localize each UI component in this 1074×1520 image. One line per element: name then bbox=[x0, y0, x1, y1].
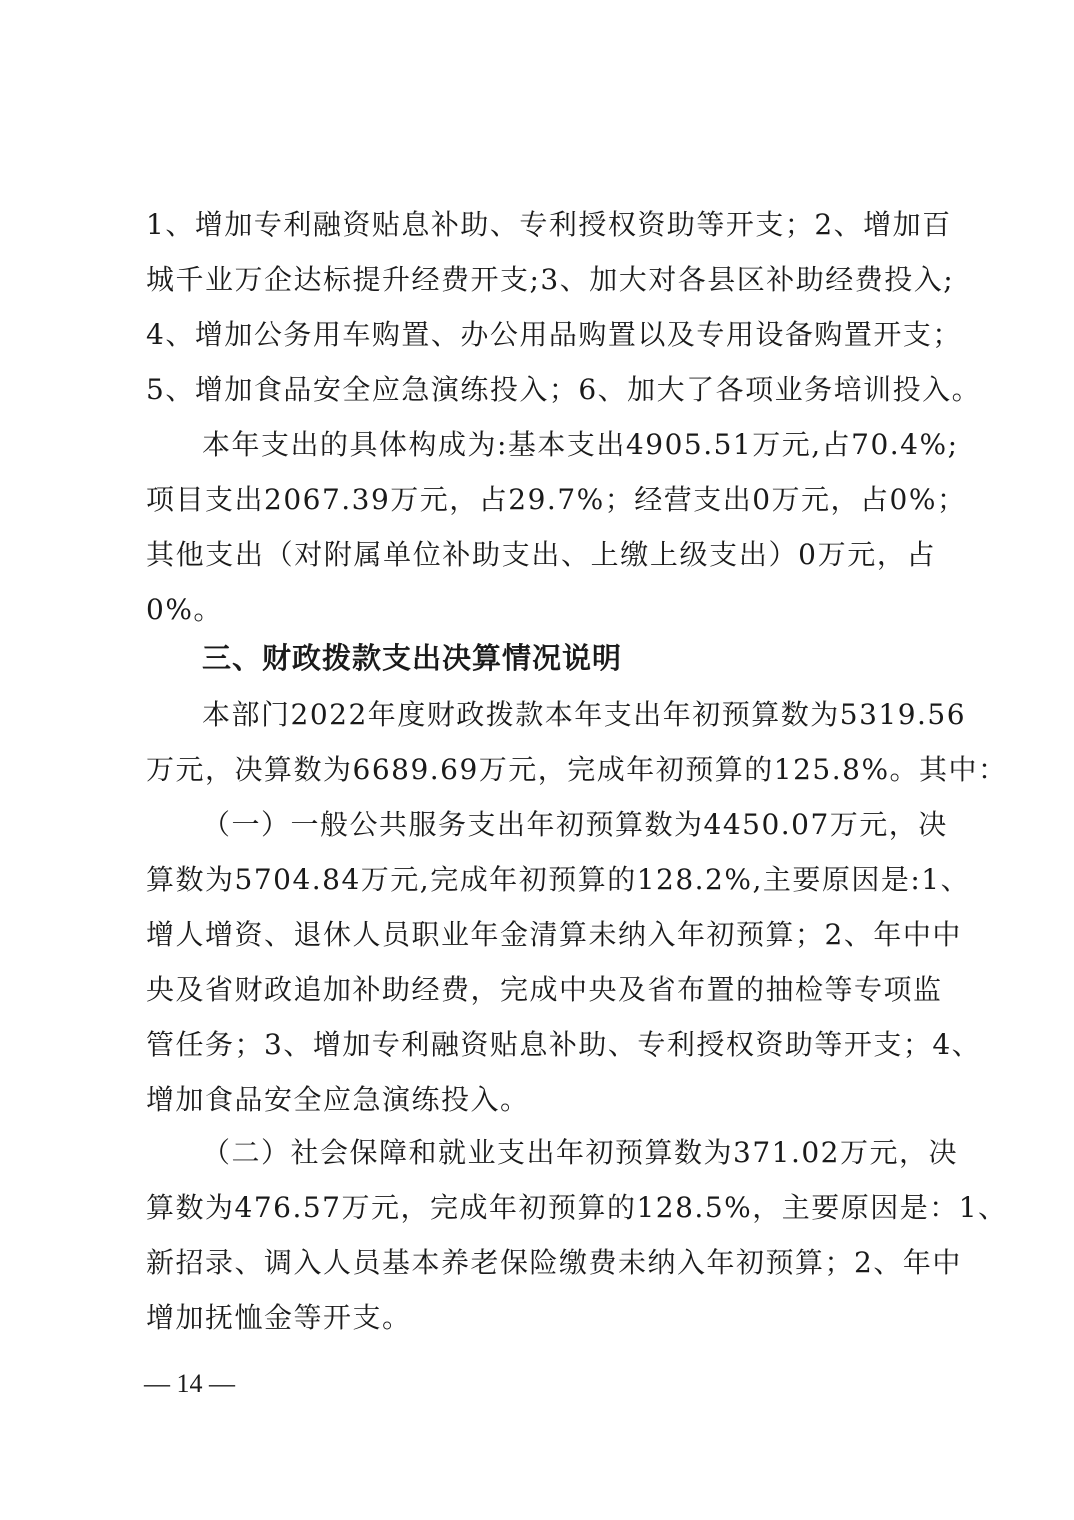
paragraph-line: 城千业万企达标提升经费开支;3、加大对各县区补助经费投入; bbox=[146, 260, 936, 300]
paragraph-line: 本年支出的具体构成为:基本支出4905.51万元,占70.4%; bbox=[202, 425, 936, 465]
paragraph-line: 0%。 bbox=[146, 590, 936, 630]
paragraph-line: 增人增资、退休人员职业年金清算未纳入年初预算；2、年中中 bbox=[146, 915, 936, 955]
paragraph-line: （一）一般公共服务支出年初预算数为4450.07万元，决 bbox=[202, 805, 936, 845]
section-heading: 三、财政拨款支出决算情况说明 bbox=[202, 638, 622, 678]
paragraph-line: 算数为476.57万元，完成年初预算的128.5%，主要原因是：1、 bbox=[146, 1188, 936, 1228]
paragraph-line: 新招录、调入人员基本养老保险缴费未纳入年初预算；2、年中 bbox=[146, 1243, 936, 1283]
paragraph-line: 本部门2022年度财政拨款本年支出年初预算数为5319.56 bbox=[202, 695, 936, 735]
paragraph-line: 增加食品安全应急演练投入。 bbox=[146, 1080, 936, 1120]
document-page: 1、增加专利融资贴息补助、专利授权资助等开支；2、增加百 城千业万企达标提升经费… bbox=[0, 0, 1074, 1520]
paragraph-line: 央及省财政追加补助经费，完成中央及省布置的抽检等专项监 bbox=[146, 970, 936, 1010]
paragraph-line: 5、增加食品安全应急演练投入；6、加大了各项业务培训投入。 bbox=[146, 370, 936, 410]
page-number: — 14 — bbox=[144, 1366, 235, 1402]
paragraph-line: 项目支出2067.39万元，占29.7%；经营支出0万元，占0%； bbox=[146, 480, 936, 520]
paragraph-line: 1、增加专利融资贴息补助、专利授权资助等开支；2、增加百 bbox=[146, 205, 936, 245]
paragraph-line: 万元，决算数为6689.69万元，完成年初预算的125.8%。其中： bbox=[146, 750, 936, 790]
paragraph-line: （二）社会保障和就业支出年初预算数为371.02万元，决 bbox=[202, 1133, 936, 1173]
paragraph-line: 增加抚恤金等开支。 bbox=[146, 1298, 936, 1338]
paragraph-line: 其他支出（对附属单位补助支出、上缴上级支出）0万元，占 bbox=[146, 535, 936, 575]
paragraph-line: 算数为5704.84万元,完成年初预算的128.2%,主要原因是:1、 bbox=[146, 860, 936, 900]
paragraph-line: 管任务；3、增加专利融资贴息补助、专利授权资助等开支；4、 bbox=[146, 1025, 936, 1065]
paragraph-line: 4、增加公务用车购置、办公用品购置以及专用设备购置开支； bbox=[146, 315, 936, 355]
